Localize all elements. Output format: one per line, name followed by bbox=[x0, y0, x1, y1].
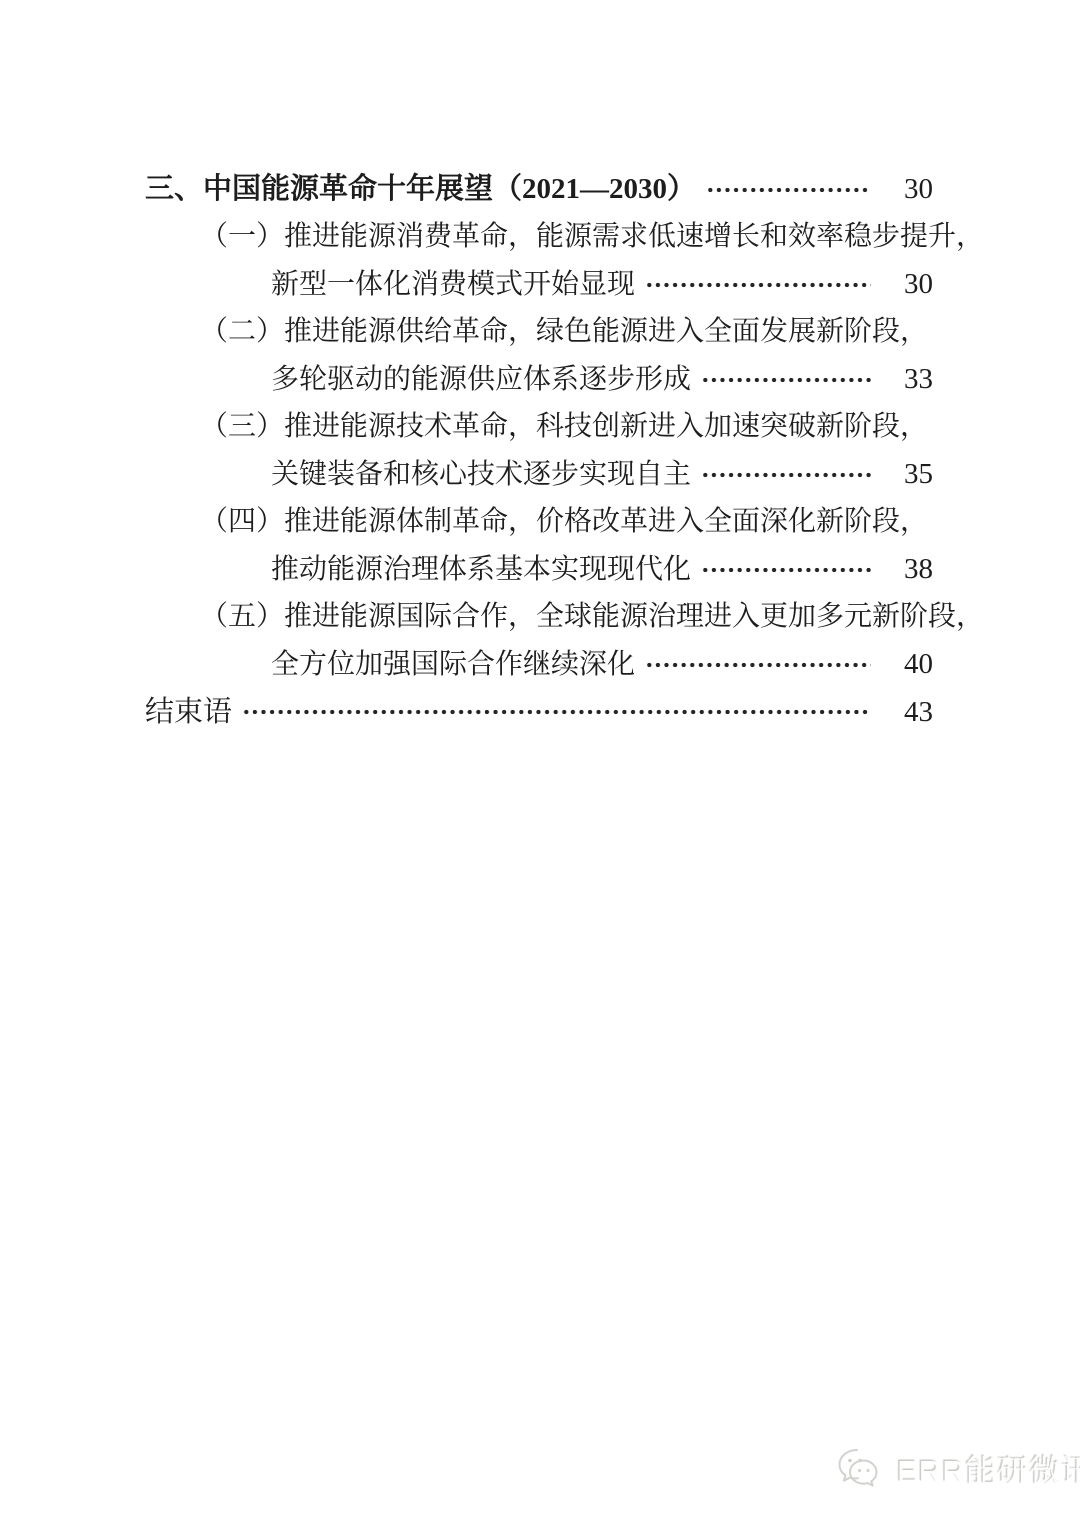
toc-entry-text: （四）推进能源体制革命，价格改革进入全面深化新阶段， bbox=[200, 508, 928, 536]
toc-entry-line[interactable]: 三、中国能源革命十年展望（2021—2030）30 bbox=[145, 166, 933, 214]
toc-entry-text: （五）推进能源国际合作，全球能源治理进入更加多元新阶段， bbox=[200, 603, 984, 631]
toc-list: 三、中国能源革命十年展望（2021—2030）30（一）推进能源消费革命，能源需… bbox=[145, 166, 933, 736]
toc-entry-line[interactable]: （二）推进能源供给革命，绿色能源进入全面发展新阶段， bbox=[145, 309, 933, 357]
toc-entry-line[interactable]: 新型一体化消费模式开始显现30 bbox=[145, 261, 933, 309]
watermark-label: ERR能研微讯 bbox=[897, 1446, 1080, 1491]
toc-entry-line[interactable]: （三）推进能源技术革命，科技创新进入加速突破新阶段， bbox=[145, 404, 933, 452]
dot-leader bbox=[699, 546, 871, 594]
toc-entry-text: 三、中国能源革命十年展望（2021—2030） bbox=[145, 175, 696, 204]
dot-leader bbox=[643, 261, 871, 309]
toc-entry-text: （二）推进能源供给革命，绿色能源进入全面发展新阶段， bbox=[200, 318, 928, 346]
toc-page-number: 38 bbox=[895, 555, 933, 584]
toc-entry-text: 关键装备和核心技术逐步实现自主 bbox=[271, 461, 691, 489]
dot-leader bbox=[699, 451, 871, 499]
toc-entry-text: （一）推进能源消费革命，能源需求低速增长和效率稳步提升， bbox=[200, 223, 984, 251]
dot-leader bbox=[699, 356, 871, 404]
toc-entry-line[interactable]: （一）推进能源消费革命，能源需求低速增长和效率稳步提升， bbox=[145, 214, 933, 262]
toc-entry-text: 多轮驱动的能源供应体系逐步形成 bbox=[271, 366, 691, 394]
toc-page-number: 43 bbox=[895, 698, 933, 727]
toc-page: 三、中国能源革命十年展望（2021—2030）30（一）推进能源消费革命，能源需… bbox=[0, 0, 1080, 1518]
toc-entry-line[interactable]: 多轮驱动的能源供应体系逐步形成33 bbox=[145, 356, 933, 404]
toc-entry-text: 全方位加强国际合作继续深化 bbox=[271, 651, 635, 679]
toc-page-number: 40 bbox=[895, 650, 933, 679]
toc-entry-line[interactable]: 结束语43 bbox=[145, 689, 933, 737]
toc-entry-line[interactable]: 全方位加强国际合作继续深化40 bbox=[145, 641, 933, 689]
dot-leader bbox=[704, 166, 871, 214]
toc-entry-text: 推动能源治理体系基本实现现代化 bbox=[271, 556, 691, 584]
toc-entry-text: 结束语 bbox=[145, 698, 232, 727]
toc-entry-text: （三）推进能源技术革命，科技创新进入加速突破新阶段， bbox=[200, 413, 928, 441]
wechat-icon bbox=[836, 1447, 890, 1489]
toc-page-number: 33 bbox=[895, 365, 933, 394]
watermark: ERR能研微讯 bbox=[836, 1446, 1080, 1490]
toc-page-number: 35 bbox=[895, 460, 933, 489]
toc-page-number: 30 bbox=[895, 270, 933, 299]
toc-entry-line[interactable]: （四）推进能源体制革命，价格改革进入全面深化新阶段， bbox=[145, 499, 933, 547]
dot-leader bbox=[240, 689, 871, 737]
toc-entry-line[interactable]: 关键装备和核心技术逐步实现自主35 bbox=[145, 451, 933, 499]
dot-leader bbox=[643, 641, 871, 689]
toc-page-number: 30 bbox=[895, 175, 933, 204]
toc-entry-line[interactable]: 推动能源治理体系基本实现现代化38 bbox=[145, 546, 933, 594]
toc-entry-line[interactable]: （五）推进能源国际合作，全球能源治理进入更加多元新阶段， bbox=[145, 594, 933, 642]
toc-entry-text: 新型一体化消费模式开始显现 bbox=[271, 271, 635, 299]
